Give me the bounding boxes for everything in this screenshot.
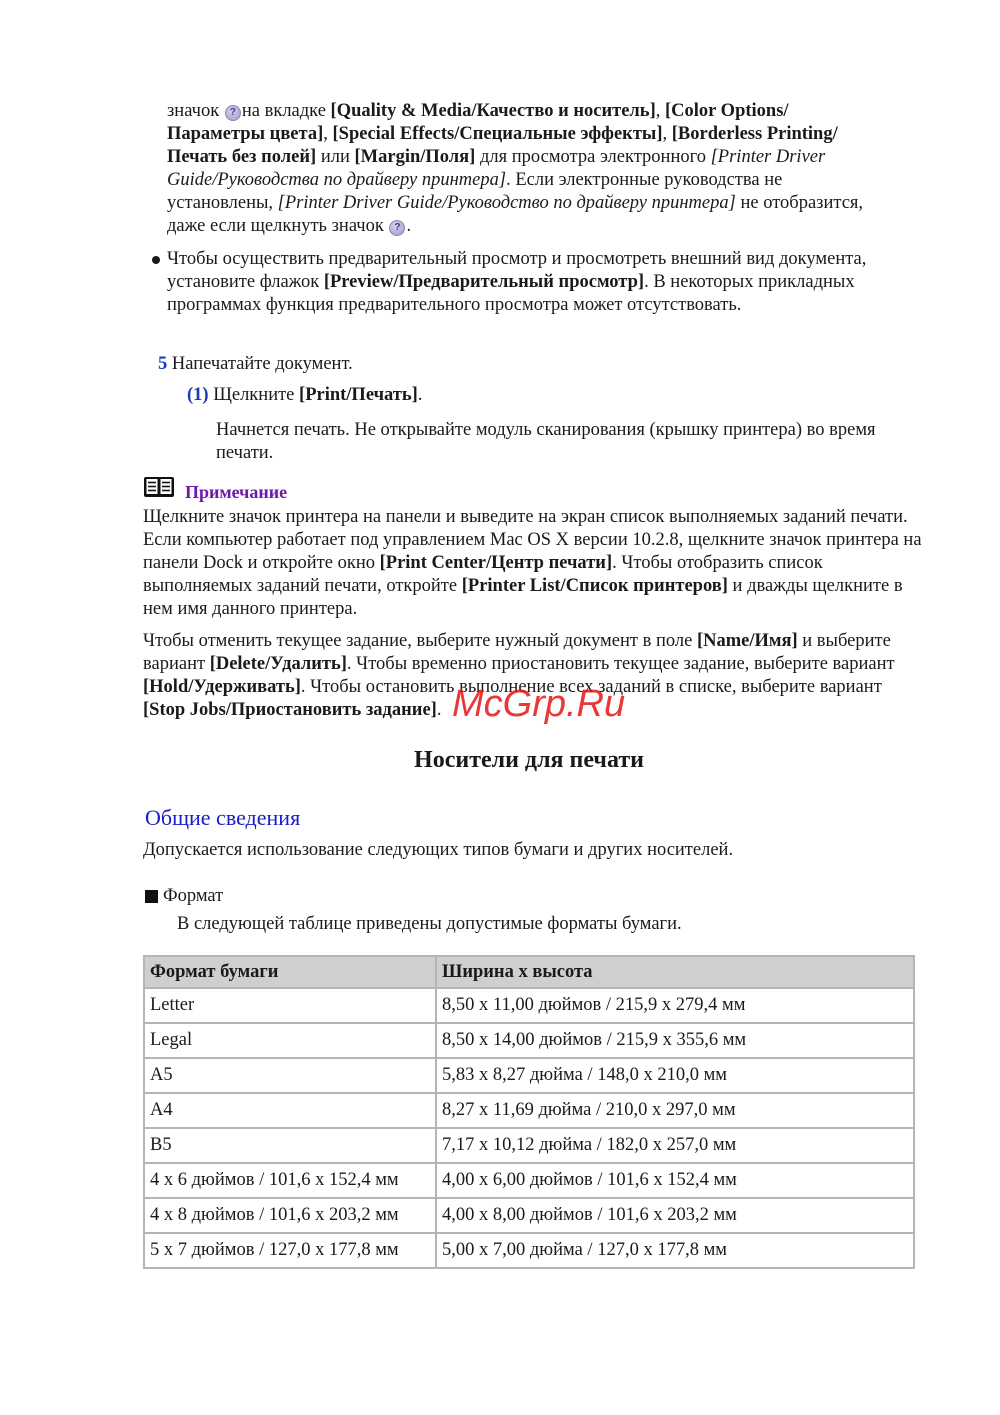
text: или <box>316 147 354 167</box>
format-description: В следующей таблице приведены допустимые… <box>177 913 682 936</box>
print-center-name: [Print Center/Центр печати] <box>380 553 612 573</box>
paper-format-cell: 5 x 7 дюймов / 127,0 x 177,8 мм <box>144 1233 436 1268</box>
step-5: 5 Напечатайте документ. <box>158 353 353 376</box>
text: , <box>656 101 665 121</box>
format-heading-text: Формат <box>163 885 223 908</box>
square-bullet-icon <box>145 890 158 903</box>
guide-reference: [Printer Driver Guide/Руководство по дра… <box>278 193 736 213</box>
printer-list-name: [Printer List/Список принтеров] <box>462 576 728 596</box>
note-header: Примечание <box>143 476 287 498</box>
delete-option-name: [Delete/Удалить] <box>210 654 347 674</box>
text: . Чтобы временно приостановить текущее з… <box>347 654 895 674</box>
paper-dimensions-cell: 5,83 x 8,27 дюйма / 148,0 x 210,0 мм <box>436 1058 914 1093</box>
text: Щелкните <box>213 385 299 405</box>
text: Чтобы отменить текущее задание, выберите… <box>143 631 697 651</box>
table-header-row: Формат бумаги Ширина x высота <box>144 956 914 988</box>
note-title: Примечание <box>185 482 287 502</box>
tab-name-special-effects: [Special Effects/Специальные эффекты] <box>333 124 663 144</box>
substep-1: (1) Щелкните [Print/Печать]. <box>187 384 422 407</box>
substep-description: Начнется печать. Не открывайте модуль ск… <box>216 419 906 465</box>
help-instructions-paragraph: значок ?на вкладке [Quality & Media/Каче… <box>167 100 867 238</box>
format-heading: Формат <box>145 885 223 908</box>
paper-dimensions-cell: 4,00 x 8,00 дюймов / 101,6 x 203,2 мм <box>436 1198 914 1233</box>
note-body: Щелкните значок принтера на панели и выв… <box>143 506 923 731</box>
text: для просмотра электронного <box>475 147 710 167</box>
paper-format-cell: 4 x 6 дюймов / 101,6 x 152,4 мм <box>144 1163 436 1198</box>
table-row: Legal8,50 x 14,00 дюймов / 215,9 x 355,6… <box>144 1023 914 1058</box>
table-row: 4 x 8 дюймов / 101,6 x 203,2 мм4,00 x 8,… <box>144 1198 914 1233</box>
paper-format-cell: A5 <box>144 1058 436 1093</box>
text: . <box>406 216 411 236</box>
book-icon <box>143 476 175 498</box>
text: , <box>323 124 332 144</box>
table-row: A55,83 x 8,27 дюйма / 148,0 x 210,0 мм <box>144 1058 914 1093</box>
paper-dimensions-cell: 5,00 x 7,00 дюйма / 127,0 x 177,8 мм <box>436 1233 914 1268</box>
note-paragraph-2: Чтобы отменить текущее задание, выберите… <box>143 630 923 722</box>
section-title: Носители для печати <box>0 745 1000 775</box>
table-row: A48,27 x 11,69 дюйма / 210,0 x 297,0 мм <box>144 1093 914 1128</box>
paper-size-table: Формат бумаги Ширина x высота Letter8,50… <box>143 955 915 1269</box>
column-header: Формат бумаги <box>144 956 436 988</box>
paper-format-cell: Legal <box>144 1023 436 1058</box>
paper-dimensions-cell: 7,17 x 10,12 дюйма / 182,0 x 257,0 мм <box>436 1128 914 1163</box>
text: на вкладке <box>242 101 331 121</box>
step-text: Напечатайте документ. <box>172 354 353 374</box>
tab-name-quality-media: [Quality & Media/Качество и носитель] <box>331 101 656 121</box>
paper-format-cell: B5 <box>144 1128 436 1163</box>
subsection-title: Общие сведения <box>145 805 300 831</box>
paper-dimensions-cell: 8,50 x 11,00 дюймов / 215,9 x 279,4 мм <box>436 988 914 1023</box>
name-field-name: [Name/Имя] <box>697 631 798 651</box>
print-button-name: [Print/Печать] <box>299 385 418 405</box>
bullet-icon <box>152 256 160 264</box>
help-icon[interactable]: ? <box>225 105 241 121</box>
paper-dimensions-cell: 8,50 x 14,00 дюймов / 215,9 x 355,6 мм <box>436 1023 914 1058</box>
intro-text: Допускается использование следующих типо… <box>143 839 733 862</box>
text: значок <box>167 101 224 121</box>
table-row: Letter8,50 x 11,00 дюймов / 215,9 x 279,… <box>144 988 914 1023</box>
stop-jobs-option-name: [Stop Jobs/Приостановить задание] <box>143 700 437 720</box>
text: . Чтобы остановить выполнение всех задан… <box>301 677 882 697</box>
paper-dimensions-cell: 4,00 x 6,00 дюймов / 101,6 x 152,4 мм <box>436 1163 914 1198</box>
column-header: Ширина x высота <box>436 956 914 988</box>
table-row: 4 x 6 дюймов / 101,6 x 152,4 мм4,00 x 6,… <box>144 1163 914 1198</box>
paper-dimensions-cell: 8,27 x 11,69 дюйма / 210,0 x 297,0 мм <box>436 1093 914 1128</box>
text: . <box>437 700 442 720</box>
note-paragraph-1: Щелкните значок принтера на панели и выв… <box>143 506 923 621</box>
paper-format-cell: Letter <box>144 988 436 1023</box>
preview-bullet: Чтобы осуществить предварительный просмо… <box>167 248 867 317</box>
paper-format-cell: A4 <box>144 1093 436 1128</box>
hold-option-name: [Hold/Удерживать] <box>143 677 301 697</box>
table-row: 5 x 7 дюймов / 127,0 x 177,8 мм5,00 x 7,… <box>144 1233 914 1268</box>
preview-option-name: [Preview/Предварительный просмотр] <box>324 272 644 292</box>
help-icon[interactable]: ? <box>389 220 405 236</box>
tab-name-margin: [Margin/Поля] <box>355 147 476 167</box>
text: . <box>418 385 423 405</box>
step-number: 5 <box>158 354 167 374</box>
table-row: B57,17 x 10,12 дюйма / 182,0 x 257,0 мм <box>144 1128 914 1163</box>
substep-number: (1) <box>187 385 209 405</box>
paper-format-cell: 4 x 8 дюймов / 101,6 x 203,2 мм <box>144 1198 436 1233</box>
text: , <box>663 124 672 144</box>
